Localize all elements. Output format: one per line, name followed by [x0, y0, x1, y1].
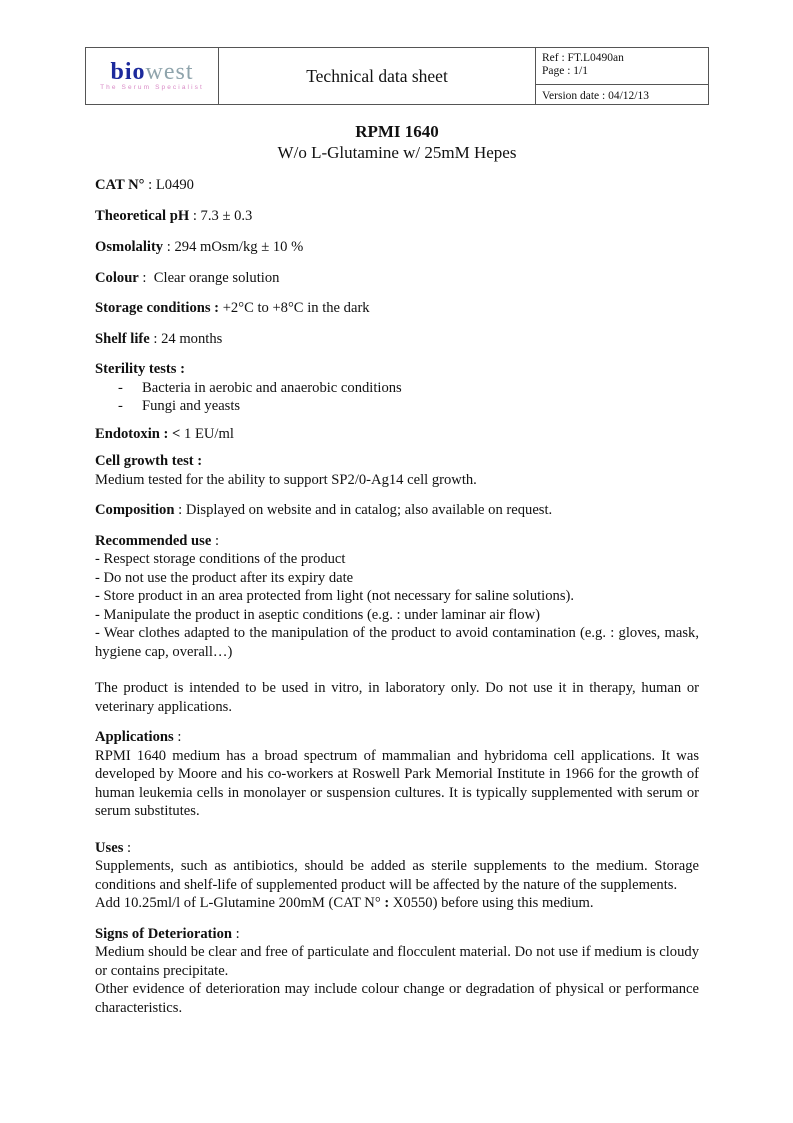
note-text: Add 10.25ml/l of L-Glutamine 200mM (CAT … — [95, 895, 384, 911]
note-text: X0550) before using this medium. — [389, 895, 593, 911]
section-label: Signs of Deterioration — [95, 926, 232, 942]
bullet-dash: - — [95, 397, 142, 416]
bullet-text: Bacteria in aerobic and anaerobic condit… — [142, 379, 402, 398]
section-value: 1 EU/ml — [180, 426, 234, 442]
deterioration-text: Other evidence of deterioration may incl… — [95, 980, 699, 1017]
version-date: Version date : 04/12/13 — [536, 85, 708, 104]
spec-cat: CAT N° : L0490 — [95, 176, 699, 195]
deterioration-heading: Signs of Deterioration : — [95, 925, 699, 944]
bullet-text: Fungi and yeasts — [142, 397, 240, 416]
bullet-dash: - — [95, 379, 142, 398]
spec-sep: : — [163, 239, 174, 255]
section-label: Sterility tests : — [95, 361, 185, 377]
composition: Composition : Displayed on website and i… — [95, 501, 699, 520]
uses-text: Supplements, such as antibiotics, should… — [95, 857, 699, 894]
document-body: CAT N° : L0490 Theoretical pH : 7.3 ± 0.… — [95, 176, 699, 1017]
spec-value: +2°C to +8°C in the dark — [223, 300, 370, 316]
spec-label: Theoretical pH — [95, 208, 189, 224]
spec-osmolality: Osmolality : 294 mOsm/kg ± 10 % — [95, 238, 699, 257]
deterioration-text: Medium should be clear and free of parti… — [95, 943, 699, 980]
header-ref-block: Ref : FT.L0490an Page : 1/1 Version date… — [536, 48, 708, 104]
recommended-use-item: - Manipulate the product in aseptic cond… — [95, 606, 699, 625]
ref-top: Ref : FT.L0490an Page : 1/1 — [536, 48, 708, 85]
spec-label: Colour — [95, 270, 139, 286]
biowest-logo: biowest The Serum Specialist — [86, 48, 219, 104]
document-header: biowest The Serum Specialist Technical d… — [85, 47, 709, 105]
section-sep: : — [123, 840, 131, 856]
spec-label: Storage conditions : — [95, 300, 219, 316]
sterility-heading: Sterility tests : — [95, 360, 699, 379]
spec-sep: : — [150, 331, 161, 347]
section-label: Composition — [95, 502, 174, 518]
section-label: Applications — [95, 729, 174, 745]
spec-shelf-life: Shelf life : 24 months — [95, 330, 699, 349]
section-sep: : — [174, 729, 182, 745]
endotoxin: Endotoxin : < 1 EU/ml — [95, 425, 699, 444]
section-value: : Displayed on website and in catalog; a… — [174, 502, 552, 518]
spec-ph: Theoretical pH : 7.3 ± 0.3 — [95, 207, 699, 226]
spec-colour: Colour : Clear orange solution — [95, 269, 699, 288]
section-sep: : — [211, 533, 219, 549]
recommended-use-heading: Recommended use : — [95, 532, 699, 551]
recommended-use-item: - Store product in an area protected fro… — [95, 587, 699, 606]
product-name: RPMI 1640 — [85, 121, 709, 142]
section-label: Cell growth test : — [95, 453, 202, 469]
section-sep: : — [232, 926, 240, 942]
section-label: Recommended use — [95, 533, 211, 549]
sterility-item: -Fungi and yeasts — [95, 397, 699, 416]
section-label: Uses — [95, 840, 123, 856]
sterility-item: -Bacteria in aerobic and anaerobic condi… — [95, 379, 699, 398]
recommended-use-item: - Do not use the product after its expir… — [95, 569, 699, 588]
logo-wordmark: biowest — [110, 61, 193, 83]
spec-value: 24 months — [161, 331, 222, 347]
spec-value: 294 mOsm/kg ± 10 % — [174, 239, 303, 255]
spec-label: Osmolality — [95, 239, 163, 255]
spec-sep: : — [189, 208, 200, 224]
spec-value: Clear orange solution — [154, 270, 280, 286]
uses-heading: Uses : — [95, 839, 699, 858]
logo-tagline: The Serum Specialist — [100, 84, 204, 91]
spec-value: 7.3 ± 0.3 — [201, 208, 253, 224]
uses-glutamine-note: Add 10.25ml/l of L-Glutamine 200mM (CAT … — [95, 894, 699, 913]
applications-heading: Applications : — [95, 728, 699, 747]
page-number: Page : 1/1 — [542, 65, 708, 78]
logo-west: west — [146, 59, 194, 85]
spec-value: L0490 — [156, 177, 194, 193]
recommended-use-item: - Respect storage conditions of the prod… — [95, 550, 699, 569]
spec-sep: : — [139, 270, 154, 286]
spec-storage: Storage conditions : +2°C to +8°C in the… — [95, 299, 699, 318]
logo-bio: bio — [110, 59, 145, 85]
product-subtitle: W/o L-Glutamine w/ 25mM Hepes — [85, 142, 709, 163]
section-label: Endotoxin : < — [95, 426, 180, 442]
applications-text: RPMI 1640 medium has a broad spectrum of… — [95, 747, 699, 821]
ref-number: Ref : FT.L0490an — [542, 52, 708, 65]
recommended-use-item: - Wear clothes adapted to the manipulati… — [95, 624, 699, 661]
product-title-block: RPMI 1640 W/o L-Glutamine w/ 25mM Hepes — [85, 121, 709, 163]
cell-growth-text: Medium tested for the ability to support… — [95, 471, 699, 490]
usage-disclaimer: The product is intended to be used in vi… — [95, 679, 699, 716]
spec-label: Shelf life — [95, 331, 150, 347]
cell-growth-heading: Cell growth test : — [95, 452, 699, 471]
spec-sep: : — [145, 177, 156, 193]
header-title: Technical data sheet — [219, 48, 536, 104]
spec-label: CAT N° — [95, 177, 145, 193]
